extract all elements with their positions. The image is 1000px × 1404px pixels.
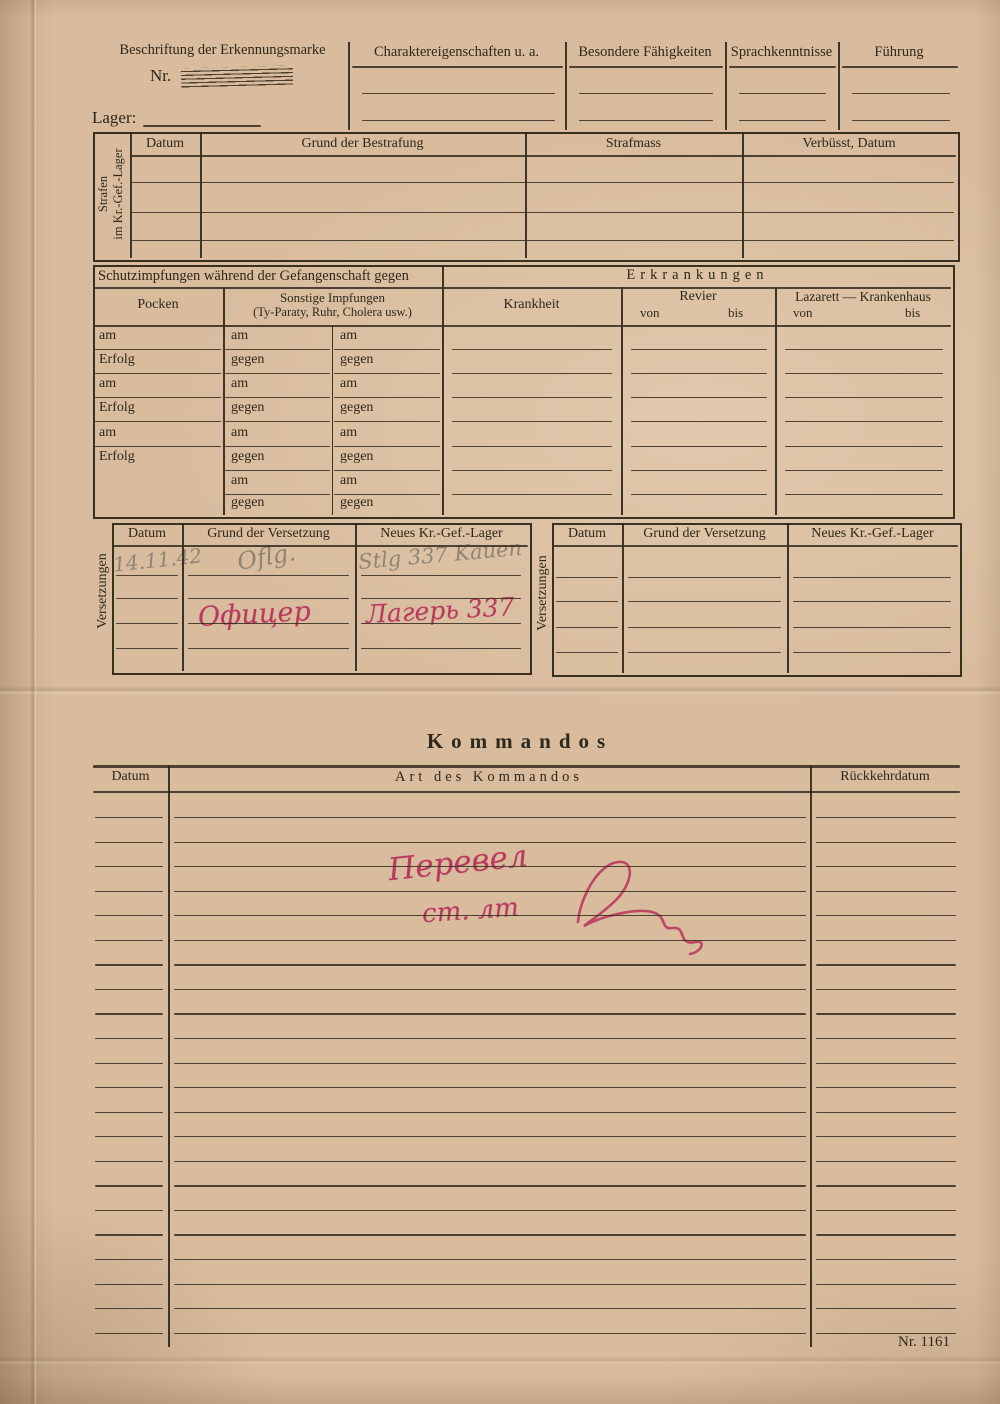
rule-line (816, 891, 956, 892)
pocken-row-label: Erfolg (99, 352, 135, 368)
strafen-header-verbuesst: Verbüsst, Datum (742, 136, 956, 152)
rule-line (174, 964, 806, 965)
versetzungen-left-header-grund: Grund der Versetzung (182, 526, 355, 542)
rule-line (95, 989, 163, 990)
rule-line (174, 1087, 806, 1088)
rule-line (130, 155, 956, 157)
subheader-pocken: Pocken (93, 297, 223, 313)
pocken-row-label: Erfolg (99, 449, 135, 465)
kommandos-header-art: Art des Kommandos (168, 769, 810, 786)
rule-line (95, 1087, 163, 1088)
divider-line (168, 765, 170, 1347)
rule-line (174, 1185, 806, 1186)
rule-line (95, 940, 163, 941)
kommandos-header-datum: Datum (93, 769, 168, 785)
impf-row-label: gegen (231, 352, 264, 368)
rule-line (95, 1210, 163, 1211)
column-header-besondere-faehigkeiten: Besondere Fähigkeiten (565, 44, 725, 61)
impf-row-label: gegen (231, 400, 264, 416)
rule-line (174, 1013, 806, 1014)
rule-line (352, 66, 563, 68)
rule-line (362, 120, 555, 121)
rule-line (174, 891, 806, 892)
versetzungen-right-side-label: Versetzungen (535, 513, 551, 673)
rule-line (842, 66, 958, 68)
versetzungen-right-header-datum: Datum (552, 526, 622, 542)
impf-row-label: am (340, 425, 357, 441)
rule-line (816, 1087, 956, 1088)
rule-line (816, 1185, 956, 1186)
strafen-header-datum: Datum (130, 136, 200, 152)
rule-line (739, 93, 826, 94)
rule-line (174, 1161, 806, 1162)
impf-row-label: gegen (340, 495, 373, 511)
rule-line (174, 1112, 806, 1113)
rule-line (174, 1284, 806, 1285)
rule-line (816, 1063, 956, 1064)
rule-line (174, 940, 806, 941)
impf-row-label: am (340, 473, 357, 489)
versetzungen-left-header-datum: Datum (112, 526, 182, 542)
nr-label: Nr. (150, 66, 171, 86)
rule-line (174, 1063, 806, 1064)
rule-line (95, 891, 163, 892)
rule-line (95, 1136, 163, 1137)
rule-line (95, 1013, 163, 1014)
rule-line (174, 1308, 806, 1309)
pocken-row-label: Erfolg (99, 400, 135, 416)
rule-line (739, 120, 826, 121)
rule-line (95, 866, 163, 867)
revier-von-label: von (640, 305, 660, 321)
rule-line (816, 1136, 956, 1137)
rule-line (816, 989, 956, 990)
rule-line (816, 1308, 956, 1309)
kommandos-title: Kommandos (270, 729, 770, 754)
rule-line (816, 1210, 956, 1211)
impfungen-header: Schutzimpfungen während der Gefangenscha… (98, 268, 409, 285)
rule-line (816, 1038, 956, 1039)
lazarett-bis-label: bis (905, 305, 920, 321)
subheader-lazarett: Lazarett — Krankenhaus (775, 289, 951, 305)
fold-crease-middle (0, 686, 1000, 695)
rule-line (95, 915, 163, 916)
rule-line (95, 1063, 163, 1064)
rule-line (852, 93, 950, 94)
rule-line (95, 1161, 163, 1162)
impf-row-label: gegen (340, 400, 373, 416)
rule-line (174, 989, 806, 990)
rule-line (93, 765, 960, 768)
rule-line (816, 1013, 956, 1014)
strafen-header-grund: Grund der Bestrafung (200, 136, 525, 152)
pocken-row-label: am (99, 376, 116, 392)
rule-line (552, 545, 958, 547)
rule-line (174, 1210, 806, 1211)
rule-line (816, 1333, 956, 1334)
divider-line (810, 765, 812, 1347)
rule-line (816, 940, 956, 941)
divider-line (838, 42, 840, 130)
rule-line (362, 93, 555, 94)
rule-line (95, 1234, 163, 1235)
erkennungsmarke-title: Beschriftung der Erkennungsmarke (100, 42, 345, 59)
divider-line (332, 325, 333, 515)
rule-line (816, 817, 956, 818)
handwritten-note-line2: ст. лт (421, 893, 520, 930)
form-number: Nr. 1161 (832, 1334, 950, 1351)
rule-line (95, 1308, 163, 1309)
rule-line (95, 964, 163, 965)
pocken-row-label: am (99, 328, 116, 344)
divider-line (775, 287, 777, 515)
versetzungen-left-side-label: Versetzungen (95, 511, 111, 671)
fold-crease-left (30, 0, 37, 1404)
impf-row-label: am (340, 328, 357, 344)
strafen-side-label: Strafen im Kr.-Gef.-Lager (96, 114, 126, 274)
impf-row-label: am (231, 425, 248, 441)
rule-line (95, 842, 163, 843)
impf-row-label: gegen (231, 495, 264, 511)
impf-row-label: am (231, 328, 248, 344)
rule-line (816, 1234, 956, 1235)
lager-write-line (143, 125, 261, 127)
rule-line (95, 1333, 163, 1334)
rule-line (816, 1259, 956, 1260)
rule-line (95, 1284, 163, 1285)
column-header-charaktereigenschaften: Charaktereigenschaften u. a. (348, 44, 565, 61)
rule-line (174, 1333, 806, 1334)
divider-line (725, 42, 727, 130)
rule-line (95, 1038, 163, 1039)
rule-line (174, 1038, 806, 1039)
rule-line (816, 1112, 956, 1113)
rule-line (95, 1185, 163, 1186)
rule-line (816, 1284, 956, 1285)
fold-crease-bottom (0, 1356, 1000, 1365)
rule-line (569, 66, 723, 68)
revier-bis-label: bis (728, 305, 743, 321)
pocken-row-label: am (99, 425, 116, 441)
impf-row-label: gegen (231, 449, 264, 465)
column-header-sprachkenntnisse: Sprachkenntnisse (725, 44, 838, 61)
rule-line (579, 93, 713, 94)
rule-line (174, 1259, 806, 1260)
rule-line (174, 842, 806, 843)
erkrankungen-header: Erkrankungen (442, 267, 953, 284)
subheader-revier: Revier (621, 289, 775, 305)
impf-row-label: am (231, 376, 248, 392)
column-header-fuehrung: Führung (838, 44, 960, 61)
subheader-krankheit: Krankheit (442, 297, 621, 313)
rule-line (816, 866, 956, 867)
divider-line (621, 287, 623, 515)
rule-line (112, 545, 528, 547)
versetzungen-right-header-grund: Grund der Versetzung (622, 526, 787, 542)
rule-line (729, 66, 836, 68)
rule-line (95, 817, 163, 818)
rule-line (579, 120, 713, 121)
divider-line (442, 265, 444, 515)
rule-line (852, 120, 950, 121)
handwritten-ink-grund: Офицер (197, 596, 311, 633)
lazarett-von-label: von (793, 305, 813, 321)
rule-line (93, 287, 951, 289)
handwritten-note-line1: Перевел (387, 838, 530, 888)
impf-row-label: am (340, 376, 357, 392)
kommandos-header-rueckkehr: Rückkehrdatum (810, 769, 960, 785)
impf-row-label: gegen (340, 449, 373, 465)
rule-line (816, 915, 956, 916)
rule-line (95, 1112, 163, 1113)
pow-record-card: Beschriftung der Erkennungsmarke Nr. Lag… (0, 0, 1000, 1404)
divider-line (223, 287, 225, 515)
rule-line (93, 325, 951, 327)
divider-line (348, 42, 350, 130)
divider-line (565, 42, 567, 130)
versetzungen-right-header-lager: Neues Kr.-Gef.-Lager (787, 526, 958, 542)
rule-line (93, 791, 960, 793)
rule-line (174, 1136, 806, 1137)
rule-line (816, 842, 956, 843)
strafen-header-strafmass: Strafmass (525, 136, 742, 152)
subheader-sonstige-impfungen: Sonstige Impfungen (Ty-Paraty, Ruhr, Cho… (223, 290, 442, 320)
nr-hatch-lines (181, 66, 293, 89)
rule-line (816, 1161, 956, 1162)
rule-line (95, 1259, 163, 1260)
rule-line (816, 964, 956, 965)
rule-line (174, 817, 806, 818)
rule-line (174, 1234, 806, 1235)
impf-row-label: am (231, 473, 248, 489)
impf-row-label: gegen (340, 352, 373, 368)
